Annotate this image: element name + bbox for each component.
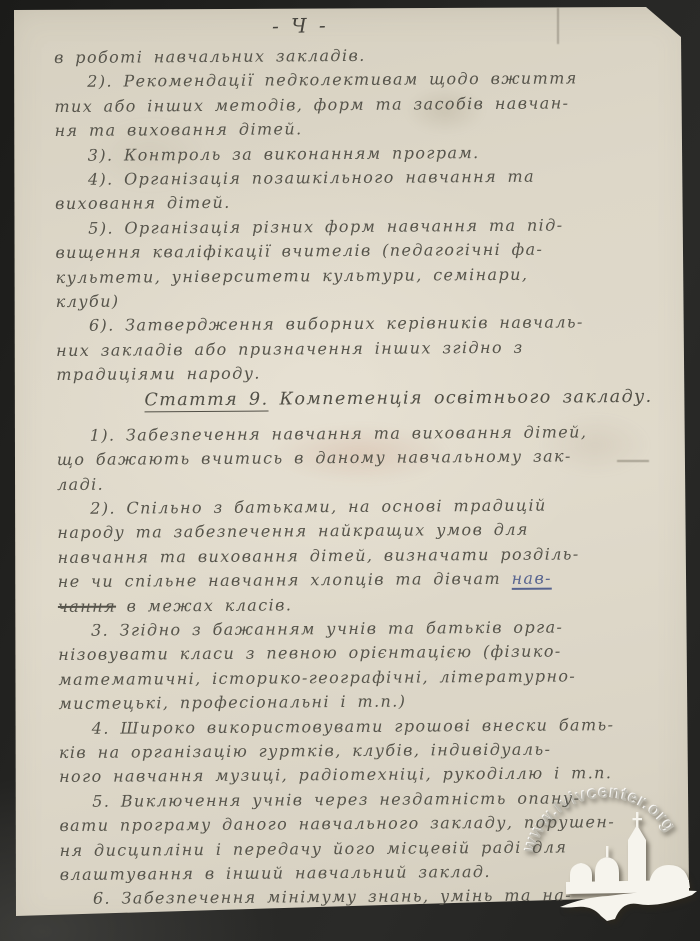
paper-crease-top — [557, 8, 559, 44]
page-number: - Ч - — [272, 11, 392, 39]
struck-word: чання — [58, 596, 116, 615]
handwritten-line: що бажають вчитись в даному навчальному … — [57, 444, 635, 472]
handwritten-line: 6. Забезпечення мінімуму знань, умінь та… — [60, 883, 638, 911]
handwritten-line: 2). Рекомендації педколективам щодо вжит… — [54, 66, 632, 94]
handwritten-text: Компетенція освітнього закладу. — [268, 387, 652, 410]
handwritten-text-block: в роботі навчальних закладів.2). Рекомен… — [54, 42, 638, 912]
underlined-heading-text: Стаття 9. — [144, 390, 268, 413]
handwritten-line: ного навчання музиці, радіотехніці, руко… — [59, 761, 637, 789]
article-heading: Стаття 9. Компетенція освітнього закладу… — [144, 385, 634, 413]
handwritten-line: 6). Затвердження виборних керівників нав… — [56, 310, 634, 338]
handwritten-line: тих або інших методів, форм та засобів н… — [54, 91, 632, 119]
handwritten-text: не чи спільне навчання хлопців та дівчат — [58, 569, 512, 591]
blue-underlined-word: нав- — [511, 569, 552, 590]
handwritten-line: вати програму даного навчального закладу… — [59, 810, 637, 838]
handwritten-line: математичні, історико-географічні, літер… — [58, 664, 636, 692]
handwritten-line: не чи спільне навчання хлопців та дівчат… — [58, 566, 636, 594]
handwritten-line: ня дисципліни і передачу його місцевій р… — [60, 834, 638, 862]
scanned-document-photo: { "scan": { "page_number": "- Ч -", "pap… — [0, 0, 700, 941]
handwritten-line: нізовувати класи з певною орієнтацією (ф… — [58, 639, 636, 667]
handwritten-text: в межах класів. — [116, 595, 292, 615]
handwritten-line: 5). Організація різних форм навчання та … — [55, 213, 633, 241]
handwritten-line: традиціями народу. — [56, 359, 634, 387]
